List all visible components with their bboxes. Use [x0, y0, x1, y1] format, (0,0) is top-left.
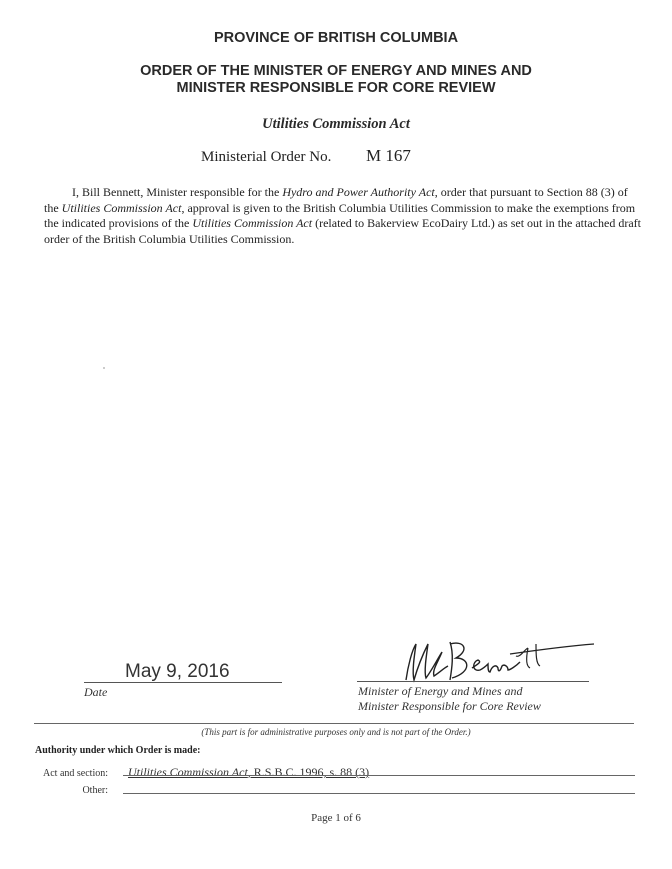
act-section-italic: Utilities Commission Act [128, 765, 248, 779]
scan-speck [103, 367, 105, 369]
act-section-rest: , R.S.B.C. 1996, s. 88 (3) [248, 765, 369, 779]
body-italic-hydro-act: Hydro and Power Authority Act [282, 185, 434, 199]
order-heading: ORDER OF THE MINISTER OF ENERGY AND MINE… [0, 63, 672, 97]
body-italic-utilities-act-2: Utilities Commission Act [192, 216, 312, 230]
body-text-1: I, Bill Bennett, Minister responsible fo… [72, 185, 282, 199]
order-heading-line2: MINISTER RESPONSIBLE FOR CORE REVIEW [0, 80, 672, 97]
date-label: Date [84, 685, 107, 700]
order-body-paragraph: I, Bill Bennett, Minister responsible fo… [44, 185, 644, 247]
signature-image: W.R. Bennett [398, 636, 598, 686]
act-section-label: Act and section: [28, 768, 108, 779]
signer-title: Minister of Energy and Mines and Ministe… [358, 684, 541, 714]
date-value: May 9, 2016 [125, 661, 230, 683]
act-section-line [123, 775, 635, 776]
act-section-value: Utilities Commission Act, R.S.B.C. 1996,… [128, 765, 369, 780]
page-number: Page 1 of 6 [0, 812, 672, 824]
act-title: Utilities Commission Act [0, 116, 672, 133]
other-label: Other: [28, 785, 108, 796]
admin-divider [34, 723, 634, 724]
signer-title-line2: Minister Responsible for Core Review [358, 699, 541, 714]
ministerial-order-number: M 167 [366, 146, 411, 166]
authority-heading: Authority under which Order is made: [35, 745, 200, 756]
body-italic-utilities-act: Utilities Commission Act [62, 201, 182, 215]
order-heading-line1: ORDER OF THE MINISTER OF ENERGY AND MINE… [0, 63, 672, 80]
date-line [84, 682, 282, 683]
province-heading: PROVINCE OF BRITISH COLUMBIA [0, 30, 672, 46]
signer-title-line1: Minister of Energy and Mines and [358, 684, 541, 699]
admin-note: (This part is for administrative purpose… [0, 727, 672, 737]
signature-line [357, 681, 589, 682]
other-line [123, 793, 635, 794]
ministerial-order-label: Ministerial Order No. [201, 149, 331, 166]
